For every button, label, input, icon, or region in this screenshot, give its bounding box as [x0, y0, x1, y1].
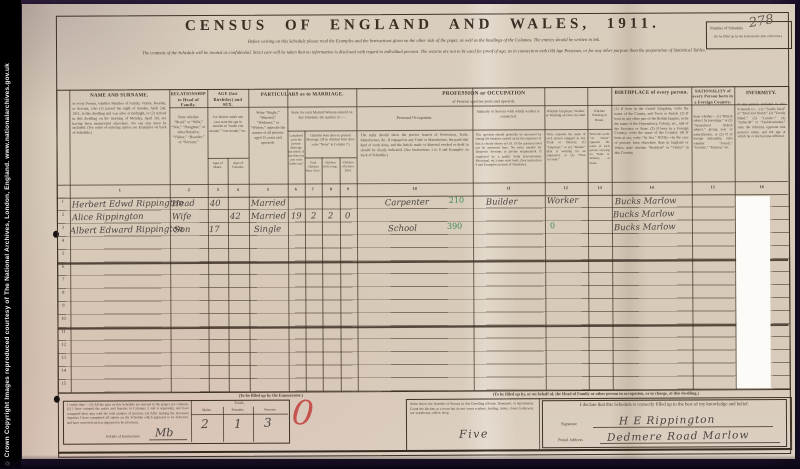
column-number: 16	[752, 184, 772, 189]
row-number: 10	[57, 316, 69, 321]
col-children-died: Children who have Died.	[340, 160, 356, 172]
total-males: 2	[201, 417, 209, 431]
column-number: 14	[642, 185, 662, 190]
col-age-title: AGE (last Birthday) and SEX.	[208, 91, 247, 108]
col-birthplace-desc: (1) If born in the United Kingdom, write…	[614, 106, 688, 179]
row-number: 12	[58, 342, 70, 347]
postal-address-label: Postal Address	[558, 437, 600, 443]
entry-employment-status: Worker	[547, 196, 579, 207]
entry-children-born: 2	[311, 211, 317, 221]
col-nationality-desc: State whether— (1) “British subject by p…	[693, 114, 732, 179]
col-children-living: Children still Living.	[322, 160, 338, 168]
entry-relationship: Son	[174, 225, 191, 235]
col-infirmity-desc: If any person included in this Schedule …	[737, 102, 785, 179]
entry-age-male: 40	[210, 199, 221, 209]
row-number: 9	[57, 303, 69, 308]
col-age-desc: For Infants under one year state the age…	[209, 115, 246, 133]
row-number: 1	[57, 199, 69, 204]
col-personal-occupation-desc: The reply should show the precise branch…	[360, 133, 468, 182]
row-number: 2	[57, 212, 69, 217]
col-athome-desc: Write the words “At Home” opposite the n…	[589, 132, 609, 180]
persons-label: Persons.	[254, 408, 287, 413]
entry-years-married: 19	[291, 211, 302, 221]
entry-name: Alice Rippington	[72, 212, 144, 223]
column-number: 11	[499, 185, 519, 190]
entry-marital: Married	[251, 198, 286, 209]
entry-children-died: 0	[345, 211, 351, 221]
column-number: 1	[110, 187, 130, 192]
col-employer-title: Whether Employer, Worker, or Working on …	[545, 109, 586, 118]
col-name-desc: of every Person, whether Member of Famil…	[72, 101, 166, 182]
col-relationship-title: RELATIONSHIP to Head of Family.	[170, 91, 206, 108]
row-number: 11	[57, 329, 69, 334]
row-number: 13	[58, 355, 70, 360]
col-age-males: Ages of Males.	[209, 161, 227, 170]
total-persons: 3	[264, 416, 272, 430]
column-number: 4	[228, 187, 248, 192]
col-children-born: Total Children Born Alive.	[305, 160, 321, 172]
header-rule	[208, 158, 249, 159]
entry-children-living: 2	[328, 211, 334, 221]
signature-label: Signature	[561, 421, 593, 427]
col-relationship-desc: State whether “Head,” or “Wife,” “Son,” …	[171, 115, 205, 145]
entry-birthplace: Bucks Marlow	[615, 196, 677, 207]
rooms-instruction: Write below the Number of Rooms in this …	[410, 401, 534, 428]
entry-name: Herbert Edwd Rippington	[72, 198, 184, 210]
entry-age-female: 42	[230, 212, 241, 222]
col-marital-desc: Write “Single,” “Married,” “Widower,” or…	[250, 111, 285, 146]
row-number: 8	[57, 290, 69, 295]
col-married-woman-band: State, for each Married Woman entered on…	[289, 110, 354, 120]
row-number: 15	[58, 381, 70, 386]
scanned-census-page: © Crown Copyright Images reproduced cour…	[0, 0, 800, 469]
status-code-annotation: 0	[550, 221, 555, 230]
col-birthplace-title: BIRTHPLACE of every person.	[612, 90, 690, 97]
entry-occupation: School	[388, 224, 417, 235]
column-number: 5	[258, 187, 278, 192]
col-employer-desc: Write opposite the name of each person e…	[546, 132, 585, 180]
row-number: 7	[57, 277, 69, 282]
declaration-text: I declare that this Schedule is correctl…	[552, 402, 777, 409]
col-name-title: NAME AND SURNAME.	[69, 93, 169, 100]
row-number: 6	[57, 264, 69, 269]
column-number: 13	[590, 185, 610, 190]
entry-birthplace: Bucks Marlow	[614, 222, 676, 233]
signature-value: H E Rippington	[619, 414, 716, 428]
column-number: 15	[703, 184, 723, 189]
total-females: 1	[234, 417, 242, 431]
entry-marital: Single	[254, 224, 281, 235]
col-industry-desc: This question should generally be answer…	[475, 132, 541, 180]
enumerator-initials: Mb	[155, 426, 174, 439]
entry-age-male: 17	[209, 225, 220, 235]
column-number: 3	[208, 187, 228, 192]
entry-occupation: Carpenter	[385, 198, 429, 209]
col-years-married-desc: Completed years the present Marriage has…	[288, 134, 304, 166]
binder-hole	[54, 396, 60, 403]
totals-line	[191, 400, 192, 442]
column-number: 10	[405, 186, 425, 191]
col-marriage-title: PARTICULARS as to MARRIAGE.	[249, 92, 355, 99]
entry-relationship: Wife	[172, 212, 192, 222]
totals-label: Totals.	[191, 401, 288, 406]
entry-relationship: Head	[172, 199, 195, 209]
row-number: 4	[57, 238, 69, 243]
col-nationality-title: NATIONALITY of every Person born in a Fo…	[692, 88, 733, 104]
col-age-females: Ages of Females.	[229, 161, 248, 170]
entry-marital: Married	[251, 211, 286, 222]
red-check-mark: 0	[290, 393, 316, 435]
redaction-patch	[736, 196, 771, 388]
occupation-code-annotation: 210	[449, 196, 464, 205]
occupation-code-annotation: 390	[447, 222, 462, 231]
males-label: Males.	[192, 408, 222, 413]
column-number: 9	[338, 186, 358, 191]
column-number: 2	[179, 187, 199, 192]
row-number: 5	[57, 251, 69, 256]
row-number: 14	[58, 368, 70, 373]
entry-birthplace: Bucks Marlow	[613, 209, 675, 220]
col-occupation-title: PROFESSION or OCCUPATION	[356, 90, 611, 98]
col-personal-occupation: Personal Occupation.	[358, 115, 470, 121]
row-number: 3	[57, 225, 69, 230]
enumerator-initials-label: Initials of Enumerator	[93, 434, 153, 439]
col-children-band: Children born alive to present Marriage.…	[305, 133, 355, 147]
col-infirmity-title: INFIRMITY.	[735, 91, 787, 98]
col-industry-title: Industry or Service with which worker is…	[474, 109, 542, 119]
entry-industry: Builder	[486, 197, 518, 208]
census-form: CENSUS OF ENGLAND AND WALES, 1911. Numbe…	[0, 0, 800, 469]
rooms-value: Five	[459, 427, 489, 441]
females-label: Females.	[224, 408, 252, 413]
column-number: 12	[556, 185, 576, 190]
col-athome-title: Whether Working at Home.	[588, 109, 610, 122]
